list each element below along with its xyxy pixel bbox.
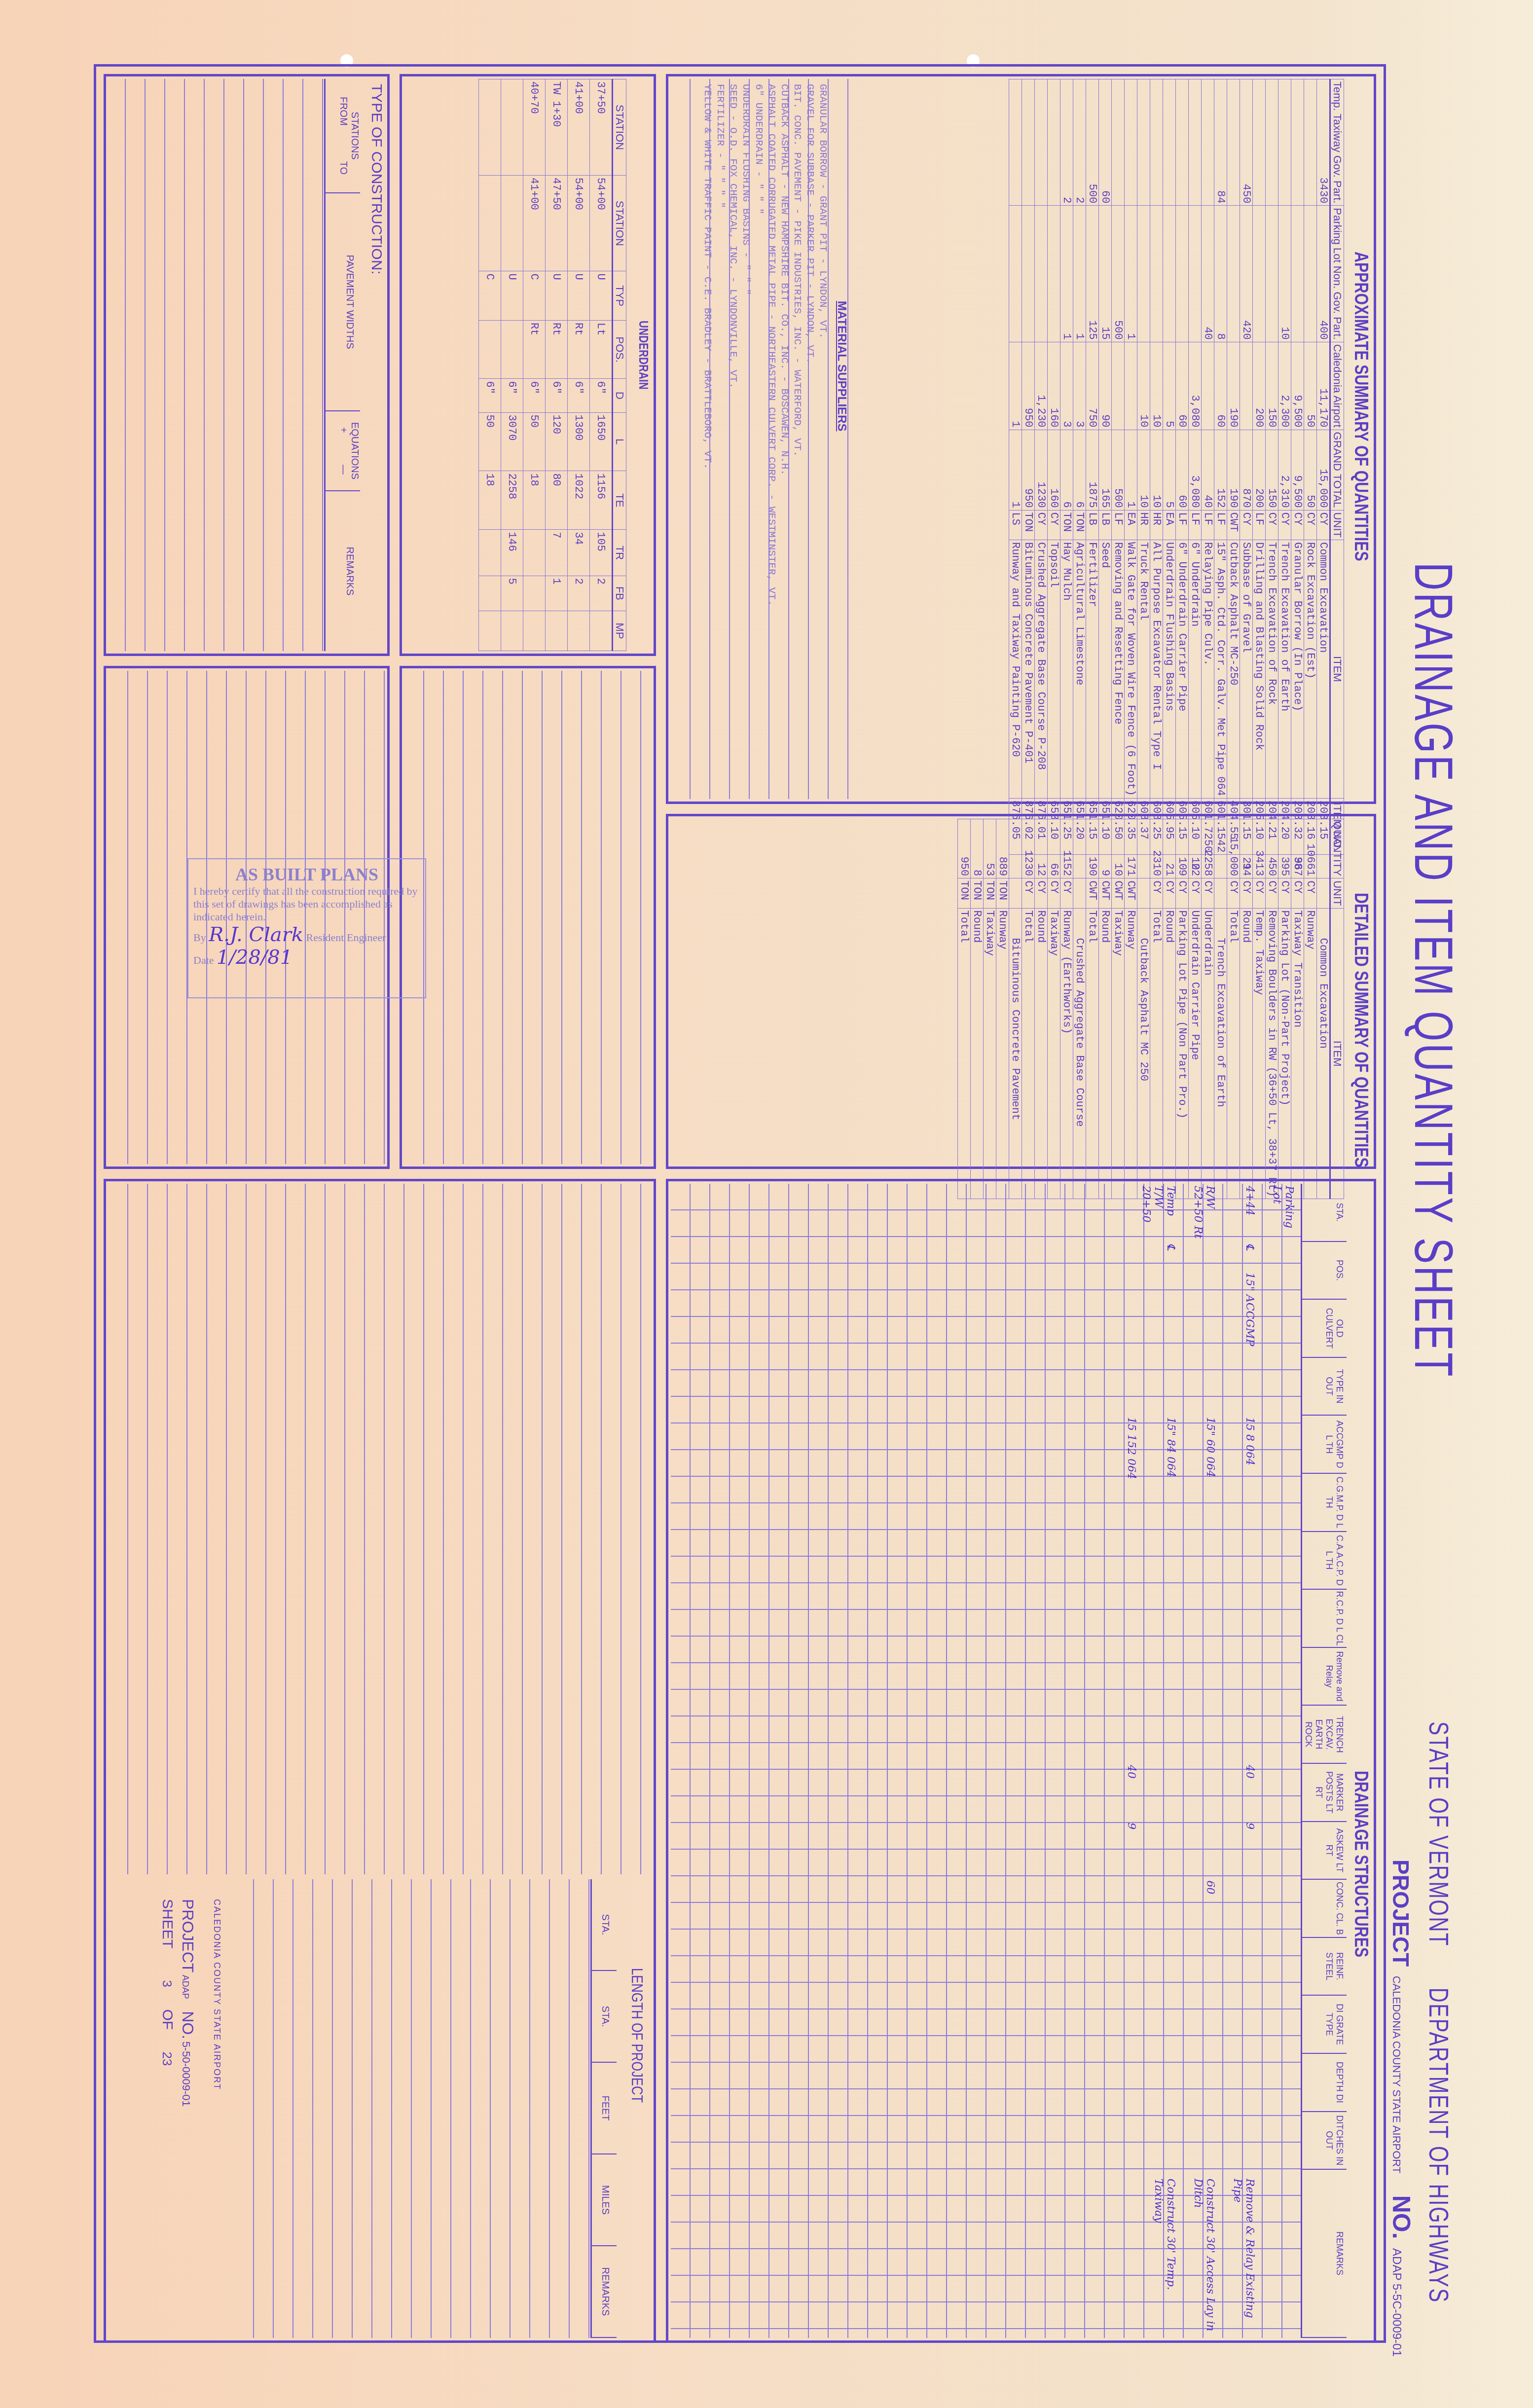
cell-unit: HR [1150,510,1163,540]
cell-item: 15" Asph. Ctd. Corr. Galv. Met Pipe 064 [1214,540,1227,798]
table-row: 2136TONAgricultural Limestone651.20 [1073,79,1086,873]
underdrain-cell: Lt [590,321,613,379]
cell-total: 3,080 [1189,430,1202,510]
drainage-cell-askew [1258,1878,1297,1990]
footer-no-label: NO. [179,2011,197,2039]
cell-caledonia: 160 [1048,342,1060,430]
drainage-cell-earth: 9 [1100,1821,1139,1878]
cell-parking [1048,206,1060,342]
underdrain-cell: 18 [523,471,546,530]
cell-temp [1176,79,1189,206]
cell-unit: CWT [1125,878,1137,908]
cell-caledonia: 3 [1060,342,1073,430]
underdrain-cell: 6" [590,379,613,412]
cell-item: Total [1086,908,1099,1199]
cell-item: Walk Gate for Woven Wire Fence (6 Foot) [1125,540,1137,798]
length-of-project-title: LENGTH OF PROJECT [628,1968,646,2103]
cell-unit: HR [1137,510,1150,540]
underdrain-cell: U [568,271,590,321]
underdrain-cell: TW 1+30 [546,79,568,176]
underdrain-cell [523,576,546,611]
drainage-cell-earth [1179,1821,1218,1878]
scanned-sheet: DRAINAGE AND ITEM QUANTITY SHEET STATE O… [0,0,1533,2408]
cell-parking [1189,206,1202,342]
cell-item: Agricultural Limestone [1073,540,1086,798]
cell-item: Underdrain Carrier Pipe [1189,908,1202,1199]
cell-temp [1150,79,1163,206]
col-unit: UNIT [1330,510,1344,540]
underdrain-table: STATIONSTATIONTYPPOS.DLTETRFBMP 37+5054+… [478,79,626,651]
cell-qty: 171 [1125,819,1137,878]
cell-parking [1176,206,1189,342]
cell-unit: CY [1304,510,1317,540]
cell-qty: 66 [1048,819,1060,878]
drainage-col-header: R.C.P. D L CL [1302,1590,1347,1648]
page-title: DRAINAGE AND ITEM QUANTITY SHEET [1402,562,1465,1379]
cell-total: 10 [1150,430,1163,510]
drainage-cell-sta: Parking Lot [1258,1184,1297,1241]
underdrain-cell: Rt [523,321,546,379]
underdrain-header-row: STATIONSTATIONTYPPOS.DLTETRFBMP [613,79,626,651]
cell-qty [1009,819,1022,878]
table-row: 41+0054+00URt6"13001022342 [568,79,590,651]
table-row: 94CYRound [1240,819,1253,1199]
state-department-header: STATE OF VERMONT DEPARTMENT OF HIGHWAYS [1423,1721,1455,2303]
cell-item: Taxiway [1048,908,1060,1199]
underdrain-cell: C [523,271,546,321]
table-row: 11EAWalk Gate for Woven Wire Fence (6 Fo… [1125,79,1137,873]
cell-item: Trench Excavation of Rock [1266,540,1278,798]
drainage-cell-spacer [1139,1527,1179,1763]
cell-caledonia: 90 [1099,342,1112,430]
table-row: 53TONTaxiway [984,819,996,1199]
as-built-title: AS BUILT PLANS [193,864,420,885]
drainage-cell-earth [1258,1821,1297,1878]
date-label: Date [193,954,214,966]
cell-parking [1009,206,1022,342]
drainage-col-header: TYPE IN OUT [1302,1358,1347,1416]
cell-item: Common Excavation [1317,908,1330,1199]
underdrain-col-header: MP [613,611,626,651]
cell-unit: TON [984,878,996,908]
underdrain-col-header: TE [613,471,626,530]
cell-caledonia: 50 [1304,342,1317,430]
cell-temp [1022,79,1035,206]
cell-unit: CY [1150,878,1163,908]
by-label: By [193,931,206,944]
cell-temp [1227,79,1240,206]
cell-temp [1048,79,1060,206]
cell-unit: CY [1048,510,1060,540]
cell-temp: 3430 [1317,79,1330,206]
cell-unit: CY [1253,878,1266,908]
no-label: NO. [1387,2195,1415,2239]
suppliers-list: GRANULAR BORROW - GRANT PIT - LYNDON, VT… [700,84,829,606]
underdrain-cell: 6" [479,379,501,412]
drainage-cell-relay [1179,1763,1218,1821]
col-temp-taxiway: Temp. Taxiway Gov. Part. [1330,79,1344,206]
cell-item: Round [1099,908,1112,1199]
table-row: 15,000CYTotal [1227,819,1240,1199]
cell-unit [1317,878,1330,908]
project-name: CALEDONIA COUNTY STATE AIRPORT [1390,1976,1403,2174]
col-item: ITEM [1330,540,1344,798]
cell-item: Round [1240,908,1253,1199]
underdrain-cell [501,321,523,379]
cell-unit: LF [1214,510,1227,540]
drainage-col-header: OLD CULVERT [1302,1300,1347,1358]
underdrain-cell: 54+00 [568,176,590,271]
col-item: ITEM [1330,908,1344,1199]
table-row: TW 1+3047+50URt6"1208071 [546,79,568,651]
cell-unit: CY [1278,878,1291,908]
cell-item: Truck Rental [1137,540,1150,798]
supplier-line: GRANULAR BORROW - GRANT PIT - LYNDON, VT… [816,84,829,606]
cell-total: 950 [1022,430,1035,510]
drainage-col-header: C.A.A.C.P. D L TH [1302,1532,1347,1590]
table-row: 343040011,17015,000CYCommon Excavation20… [1317,79,1330,873]
drainage-cell-relay [1258,1763,1297,1821]
length-of-project-header: STA.STA.FEETMILESREMARKS [590,1879,617,2338]
table-row: 55EAUnderdrain Flushing Basins605.95 [1163,79,1176,873]
cell-unit: CY [1240,510,1253,540]
department-name: DEPARTMENT OF HIGHWAYS [1423,1988,1455,2303]
cell-qty: 10 [1112,819,1125,878]
cell-unit: CY [1022,878,1035,908]
cell-item: Relaying Pipe Culv. [1202,540,1214,798]
approx-summary-title: APPROXIMATE SUMMARY OF QUANTITIES [1350,252,1371,561]
cell-total: 1875 [1086,430,1099,510]
drainage-cell-pos: ℄ [1139,1241,1179,1270]
cell-unit: CWT [1112,878,1125,908]
length-col-header: FEET [592,2063,617,2154]
table-row: 1152CYRunway (Earthworks) [1060,819,1073,1199]
cell-temp [1009,79,1022,206]
cell-temp [1278,79,1291,206]
cell-caledonia [1112,342,1125,430]
cell-unit: CY [1266,878,1278,908]
table-row: 12CYRound [1035,819,1048,1199]
supplier-line: YELLOW & WHITE TRAFFIC PAINT - C.E. BRAD… [700,84,713,606]
col-quantity: QUANTITY [1330,819,1344,878]
underdrain-cell: 54+00 [590,176,613,271]
cell-total: 165 [1099,430,1112,510]
minus-label: — [337,465,349,474]
table-row: Crushed Aggregate Base Course [1073,819,1086,1199]
drainage-cell-earth [1139,1821,1179,1878]
supplier-line: BIT. CONC. PAVEMENT - PIKE INDUSTRIES, I… [790,84,803,606]
cell-qty: 10661 [1304,819,1317,878]
table-row: 11LSRunway and Taxiway Painting P-620876… [1009,79,1022,873]
table-row: 3413CYTemp. Taxiway [1253,819,1266,1199]
table-row: Cutback Asphalt MC 250 [1137,819,1150,1199]
drainage-cell-remarks: Construct 30' Temp. Taxiway [1139,2177,1179,2338]
cell-qty: 387 [1291,819,1304,878]
cell-unit: CY [1048,878,1060,908]
cell-caledonia: 10 [1150,342,1163,430]
drainage-cell-pos [1258,1241,1297,1270]
table-row: 395CYParking Lot (Non-Part Project) [1278,819,1291,1199]
drainage-cell-type [1179,1357,1218,1415]
underdrain-cell: 6" [568,379,590,412]
cell-qty [1214,819,1227,878]
cell-parking [1253,206,1266,342]
cell-parking [1137,206,1150,342]
table-row: 1230CYTotal [1022,819,1035,1199]
drainage-col-header: DEPTH DI [1302,2054,1347,2112]
underdrain-cell: 6" [546,379,568,412]
signed-date: 1/28/81 [217,946,292,969]
underdrain-cell: U [546,271,568,321]
cell-temp [1202,79,1214,206]
underdrain-cell: 1300 [568,412,590,471]
detailed-summary-title: DETAILED SUMMARY OF QUANTITIES [1350,893,1371,1168]
underdrain-cell: U [590,271,613,321]
underdrain-col-header: TR [613,530,626,576]
cell-caledonia [1125,342,1137,430]
col-grand-total: GRAND TOTAL [1330,430,1344,510]
cell-unit: CY [1304,878,1317,908]
cell-total: 1 [1009,430,1022,510]
underdrain-col-header: STATION [613,176,626,271]
cell-item: Underdrain Flushing Basins [1163,540,1176,798]
cell-unit [1137,878,1150,908]
cell-caledonia: 11,170 [1317,342,1330,430]
drainage-row: 15 152 064409 [1100,1184,1139,2338]
cell-temp: 84 [1214,79,1227,206]
cell-caledonia: 1 [1009,342,1022,430]
underdrain-cell [479,576,501,611]
cell-unit: LF [1189,510,1202,540]
supplier-line: FERTILIZER - " " " " [713,84,726,606]
cell-total: 160 [1048,430,1060,510]
drainage-cell-remarks: Construct 30' Access Lay in Ditch [1179,2177,1218,2338]
length-col-header: STA. [592,1971,617,2063]
drainage-cell-askew [1139,1878,1179,1990]
cell-qty: 395 [1278,819,1291,878]
cell-item: Bituminous Concrete Pavement [1009,908,1022,1199]
cell-item: Runway (Earthworks) [1060,908,1073,1199]
cell-item: Seed [1099,540,1112,798]
drainage-cell-spacer [1218,1527,1258,1763]
cell-item: All Purpose Excavator Rental Type I [1150,540,1163,798]
cell-qty: 21 [1163,819,1176,878]
table-row: 102,3002,310CYTrench Excavation of Earth… [1278,79,1291,873]
footer-sheet-number: 3 [160,1980,175,1987]
cell-qty: 50 [1266,819,1278,878]
footer-project-number: 5-50-0009-01 [180,2042,192,2107]
length-col-header: MILES [592,2154,617,2246]
cell-item: Topsoil [1048,540,1060,798]
cell-qty: 2310 [1150,819,1163,878]
cell-unit [1073,878,1086,908]
cell-caledonia: 3,080 [1189,342,1202,430]
cell-total: 60 [1176,430,1189,510]
cell-unit: EA [1163,510,1176,540]
underdrain-cell: 37+50 [590,79,613,176]
cell-unit: CY [1202,878,1214,908]
table-row: 1010HRAll Purpose Excavator Rental Type … [1150,79,1163,873]
project-label: PROJECT [1388,1860,1414,1967]
table-row: 1,2301230CYCrushed Aggregate Base Course… [1035,79,1048,873]
cell-total: 5 [1163,430,1176,510]
table-row: 150150CYTrench Excavation of Rock204.214 [1266,79,1278,873]
drainage-cell-type [1139,1357,1179,1415]
drainage-col-header: Remove and Relay [1302,1648,1347,1706]
underdrain-cell: 2 [590,576,613,611]
col-unit: UNIT [1330,878,1344,908]
cell-caledonia: 2,300 [1278,342,1291,430]
as-built-stamp: AS BUILT PLANS I hereby certify that all… [187,858,426,998]
underdrain-cell [479,176,501,271]
cell-total: 200 [1253,430,1266,510]
table-row: 171CWTRunway [1125,819,1137,1199]
cell-unit: TON [1022,510,1035,540]
cell-unit: CY [1163,878,1176,908]
drainage-cell-spacer [1258,1527,1297,1763]
cell-caledonia [1240,342,1253,430]
type-of-construction-header: STATIONS FROM TO PAVEMENT WIDTHS EQUATIO… [324,79,360,651]
underdrain-cell: 7 [546,530,568,576]
underdrain-cell: 1156 [590,471,613,530]
underdrain-cell: U [501,271,523,321]
cell-unit: LF [1112,510,1125,540]
drainage-cell-old: 15" ACCGMP [1218,1271,1258,1357]
cell-qty: 8 [971,819,984,878]
cell-unit: CWT [1086,878,1099,908]
table-row: 66CYTaxiway [1048,819,1060,1199]
cell-parking [1022,206,1035,342]
project-header: PROJECT CALEDONIA COUNTY STATE AIRPORT N… [1387,1860,1416,2357]
drainage-row: Temp T/W 20+50℄15" 84 064Construct 30' T… [1139,1184,1179,2338]
underdrain-col-header: L [613,412,626,471]
drainage-cell-old [1100,1271,1139,1357]
drainage-cell-pos [1100,1241,1139,1270]
drainage-cell-old [1179,1271,1218,1357]
cell-parking [1035,206,1048,342]
underdrain-cell: 41+00 [568,79,590,176]
table-row: 2136TONHay Mulch651.25 [1060,79,1073,873]
table-row: 9CWTRound [1099,819,1112,1199]
cell-temp [1137,79,1150,206]
cell-parking: 420 [1240,206,1253,342]
cell-temp [1253,79,1266,206]
underdrain-cell: 105 [590,530,613,576]
underdrain-cell [479,530,501,576]
drainage-cell-spacer [1179,1527,1218,1763]
underdrain-title: UNDERDRAIN [636,321,651,390]
blank-ruled-upper [404,671,651,1164]
drainage-cell-remarks [1258,2177,1297,2338]
drainage-col-header: MARKER POSTS LT RT [1302,1764,1347,1822]
underdrain-cell: 120 [546,412,568,471]
underdrain-cell: 6" [523,379,546,412]
underdrain-cell [546,611,568,651]
cell-total: 1230 [1035,430,1048,510]
landscape-sheet: DRAINAGE AND ITEM QUANTITY SHEET STATE O… [69,44,1465,2372]
supplier-line: 6" UNDERDRAIN - " " " [752,84,765,606]
drainage-cell-accgmp: 15" 84 064 [1139,1415,1179,1527]
drainage-row: 4+44℄15" ACCGMP15 8 064409Remove & Relay… [1218,1184,1258,2338]
cell-parking [1227,206,1240,342]
table-row: 8TONRound [971,819,984,1199]
cell-item: Runway [1304,908,1317,1199]
cell-unit: CWT [1227,510,1240,540]
underdrain-col-header: STATION [613,79,626,176]
underdrain-cell [479,321,501,379]
table-row: 3,0803,080LF6" Underdrain605.1010 [1189,79,1202,873]
drainage-cell-askew: 60 [1179,1878,1218,1990]
cell-item: Bituminous Concrete Pavement P-401 [1022,540,1035,798]
remarks-label: REMARKS [326,491,360,651]
underdrain-cell: 41+00 [523,176,546,271]
drainage-cell-old [1139,1271,1179,1357]
underdrain-cell: 40+70 [523,79,546,176]
cell-unit: LB [1099,510,1112,540]
cell-unit: LF [1176,510,1189,540]
drainage-cell-pos [1179,1241,1218,1270]
state-name: STATE OF VERMONT [1423,1721,1455,1946]
cell-parking [1150,206,1163,342]
underdrain-cell: 5 [501,576,523,611]
cell-unit: CY [1291,510,1304,540]
type-of-construction-ruled-area [106,79,323,651]
cell-temp: 2 [1060,79,1073,206]
cell-total: 500 [1112,430,1125,510]
cell-parking [1163,206,1176,342]
project-number: ADAP 5-5C-0009-01 [1390,2248,1403,2357]
cell-qty [1317,819,1330,878]
cell-unit: LF [1202,510,1214,540]
drainage-cell-accgmp [1258,1415,1297,1527]
cell-qty: 12 [1035,819,1048,878]
cell-parking: 40 [1202,206,1214,342]
drainage-cell-old [1258,1271,1297,1357]
cell-total: 2,310 [1278,430,1291,510]
footer-adap-label: ADAP [181,1975,190,1999]
cell-caledonia: 190 [1227,342,1240,430]
cell-unit: CY [1317,510,1330,540]
underdrain-cell [523,530,546,576]
cell-temp [1304,79,1317,206]
cell-caledonia: 200 [1253,342,1266,430]
drainage-cell-accgmp: 15 152 064 [1100,1415,1139,1527]
cell-unit: TON [958,878,971,908]
cell-unit: TON [1060,510,1073,540]
cell-item: Temp. Taxiway [1253,908,1266,1199]
cell-temp [1035,79,1048,206]
cell-caledonia: 10 [1137,342,1150,430]
cell-caledonia: 750 [1086,342,1099,430]
underdrain-cell: C [479,271,501,321]
cell-qty: 190 [1086,819,1099,878]
from-label: FROM [337,97,349,126]
cell-item: Taxiway Transition [1291,908,1304,1199]
table-row: 4040LFRelaying Pipe Culv.601.7250 [1202,79,1214,873]
cell-temp [1125,79,1137,206]
footer-sheet-total: 23 [160,2052,175,2066]
cell-item: Taxiway [984,908,996,1199]
drainage-col-header: TRENCH EXCAV. EARTH ROCK [1302,1706,1347,1764]
cell-qty: 1230 [1022,819,1035,878]
length-col-header: REMARKS [592,2246,617,2338]
underdrain-cell: 1022 [568,471,590,530]
drainage-cell-sta: R/W 52+50 Rt [1179,1184,1218,1241]
cell-item: 6" Underdrain [1189,540,1202,798]
underdrain-cell [501,79,523,176]
cell-unit: TON [1073,510,1086,540]
cell-caledonia: 1,230 [1035,342,1048,430]
